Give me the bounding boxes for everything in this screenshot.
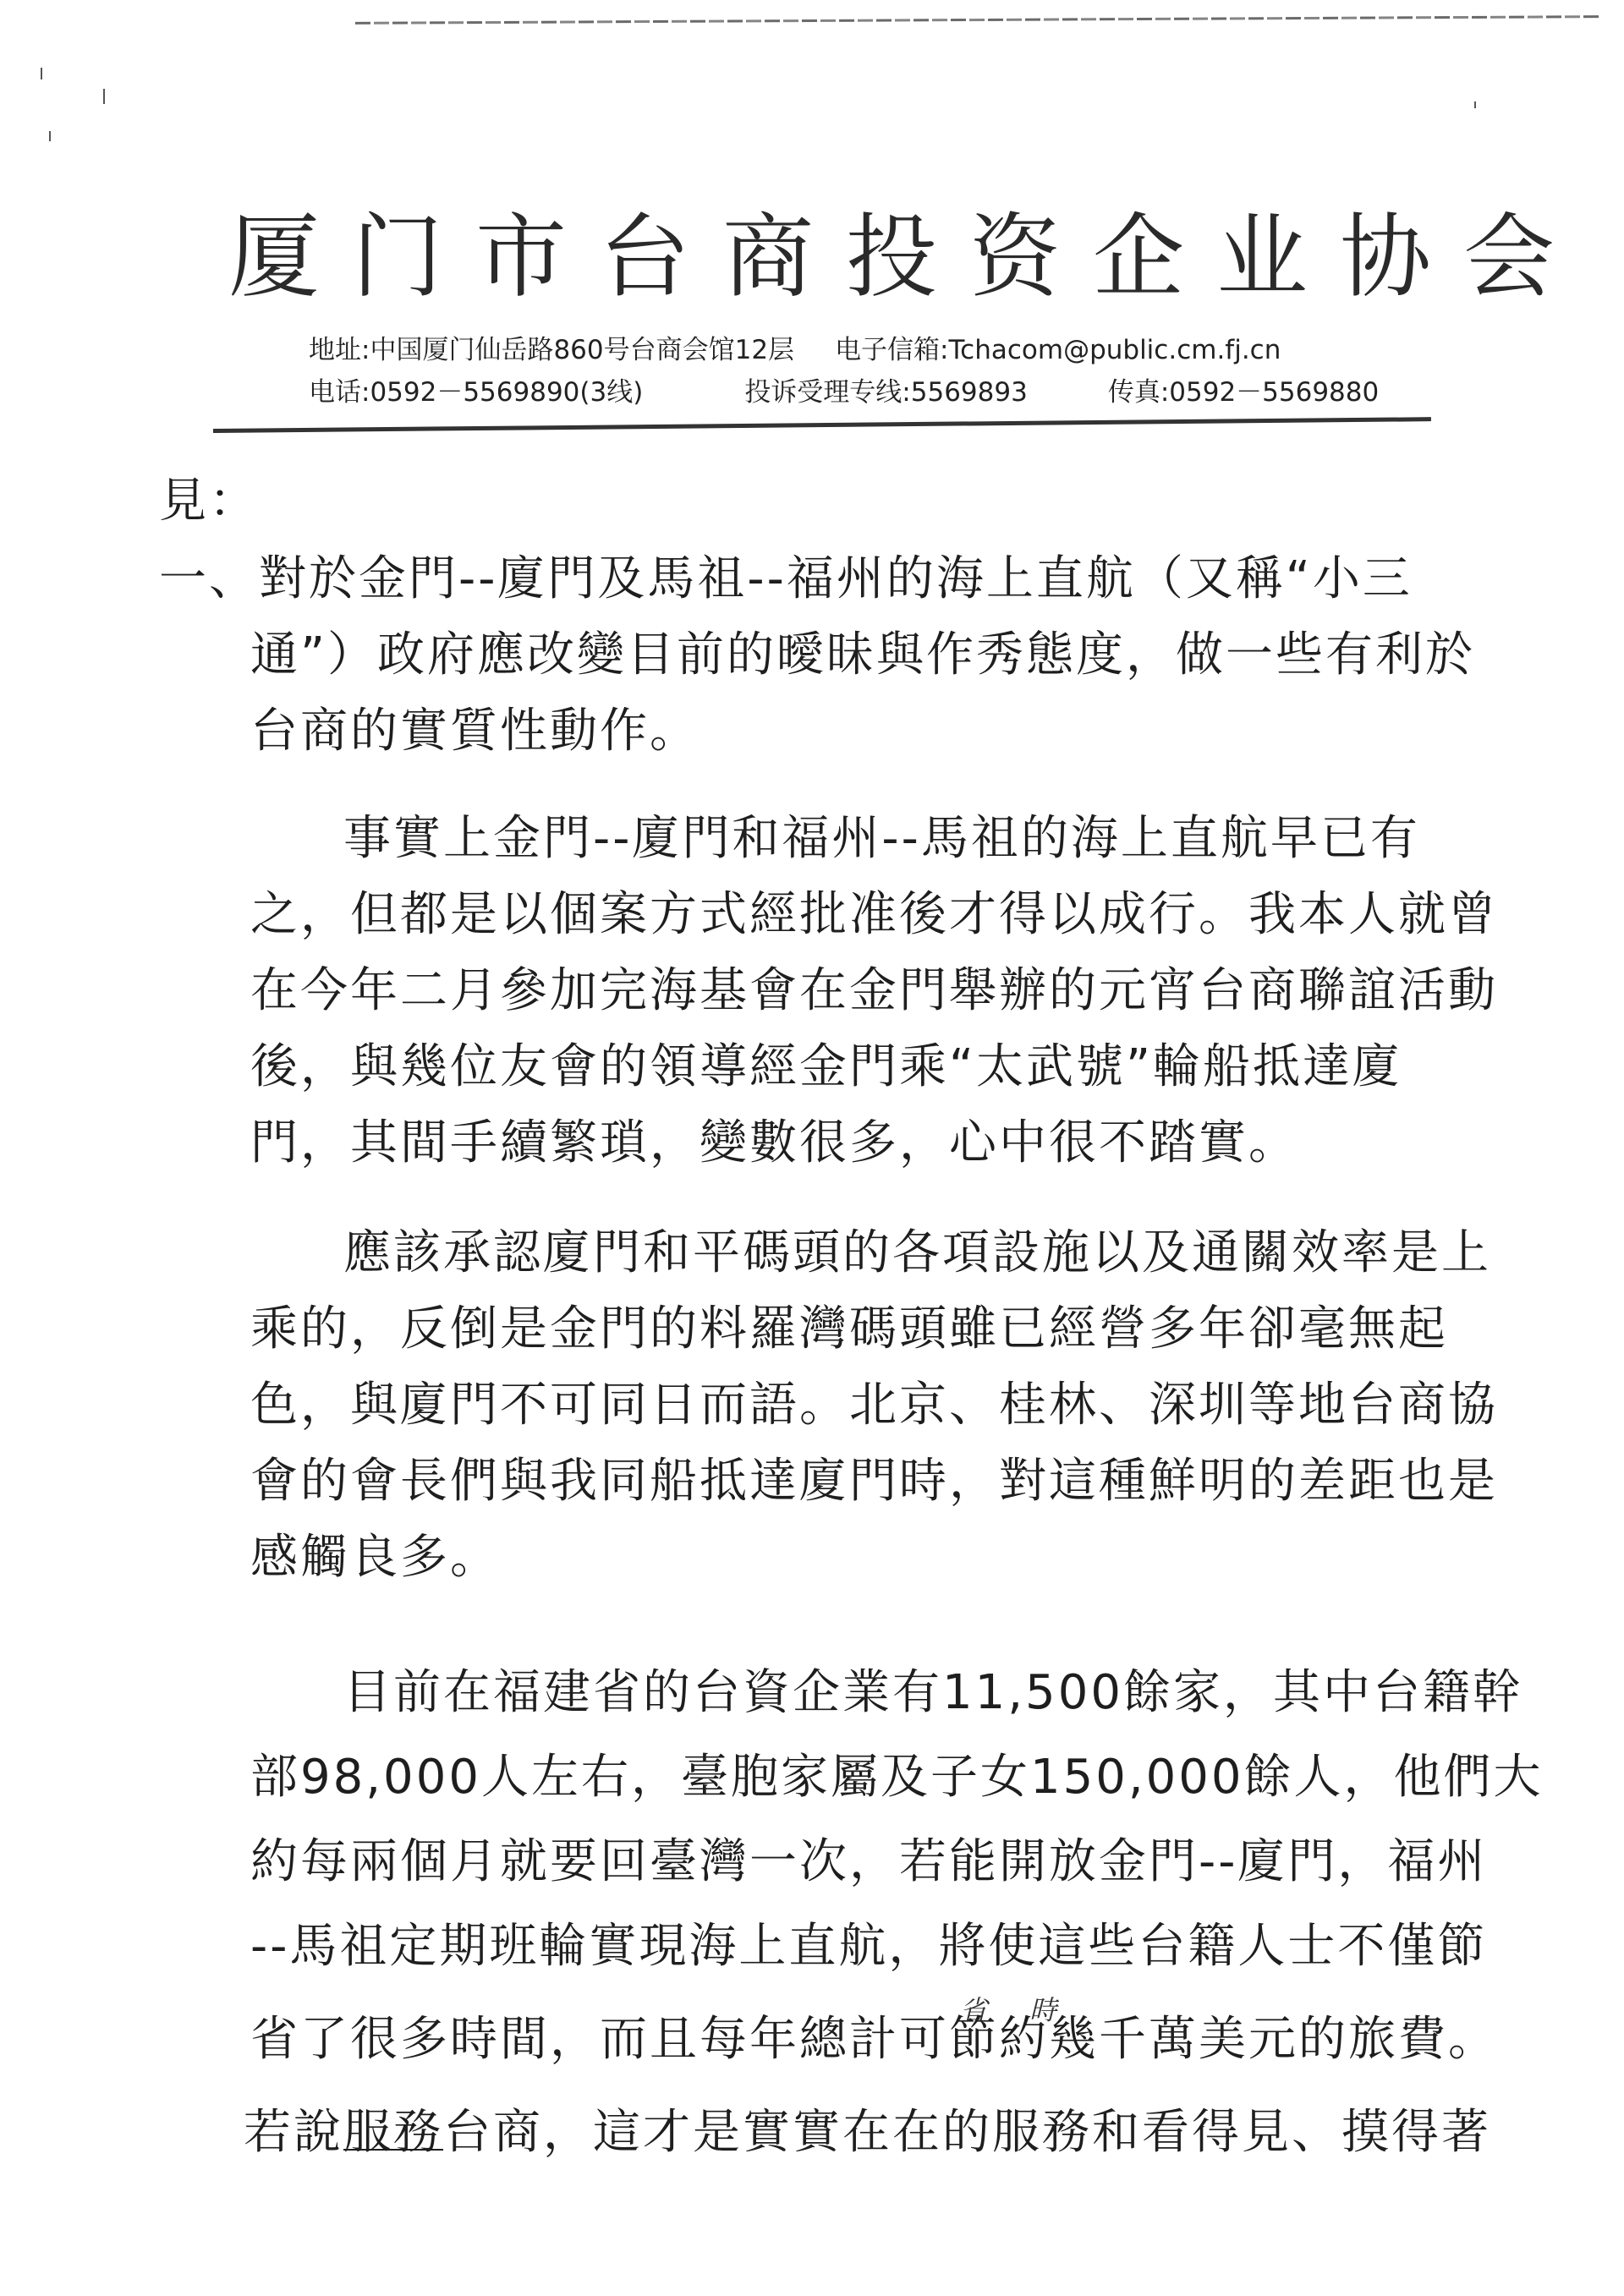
underlined-phrase: 服務: [343, 2105, 443, 2160]
paragraph-1-line-4: 後，與幾位友會的領導經金門乘“太武號”輪船抵達廈: [250, 1029, 1570, 1105]
section-one-line-2: 通”）政府應改變目前的曖昧與作秀態度，做一些有利於: [250, 617, 1570, 693]
paragraph-1-line-5: 門，其間手續繁瑣，變數很多，心中很不踏實。: [250, 1105, 1570, 1181]
paragraph-3-line-3: 約每兩個月就要回臺灣一次，若能開放金門--廈門，福州: [250, 1824, 1570, 1900]
section-one-line-3: 台商的實質性動作。: [250, 693, 1570, 770]
scan-speck: [103, 89, 105, 104]
scan-speck: [41, 68, 42, 79]
paragraph-3-line-2: 部98,000人左右，臺胞家屬及子女150,000餘人，他們大: [250, 1740, 1570, 1816]
letterhead-divider: [213, 417, 1431, 433]
paragraph-3-line-5: 省了很多時間，而且每年總計可節約幾千萬美元的旅費。: [250, 2002, 1570, 2078]
paragraph-1-line-3: 在今年二月參加完海基會在金門舉辦的元宵台商聯誼活動: [250, 953, 1570, 1029]
paragraph-3-line-1: 目前在福建省的台資企業有11,500餘家，其中台籍幹: [250, 1655, 1570, 1731]
letterhead-contact-line: 电话:0592－5569890(3线)投诉受理专线:5569893传真:0592…: [309, 370, 1379, 408]
heading-fragment: 見：: [159, 463, 1479, 540]
paragraph-1-line-2: 之，但都是以個案方式經批准後才得以成行。我本人就曾: [250, 877, 1570, 953]
section-one-line-1: 一、對於金門--廈門及馬祖--福州的海上直航（又稱“小三: [159, 541, 1479, 617]
letterhead-address: 地址:中国厦门仙岳路860号台商会馆12层: [309, 335, 794, 365]
closing-line: 若說服務台商，這才是實實在在的服務和看得見、摸得著: [244, 2095, 1563, 2171]
letterhead-phone: 电话:0592－5569890(3线): [309, 370, 643, 408]
scan-speck: [1474, 101, 1476, 108]
scan-top-edge-line: [355, 15, 1599, 25]
paragraph-2-line-4: 會的會長們與我同船抵達廈門時，對這種鮮明的差距也是: [250, 1444, 1570, 1520]
scan-speck: [49, 131, 51, 141]
letterhead-complaint-line: 投诉受理专线:5569893: [744, 370, 1028, 408]
paragraph-2-line-2: 乘的，反倒是金門的料羅灣碼頭雖已經營多年卻毫無起: [250, 1291, 1570, 1367]
paragraph-2-line-3: 色，與廈門不可同日而語。北京、桂林、深圳等地台商協: [250, 1367, 1570, 1444]
paragraph-1-line-1: 事實上金門--廈門和福州--馬祖的海上直航早已有: [250, 801, 1570, 877]
letterhead-organization-name: 厦门市台商投资企业协会: [228, 203, 1429, 313]
paragraph-3-line-4: --馬祖定期班輪實現海上直航，將使這些台籍人士不僅節: [250, 1909, 1570, 1985]
section-number: 一、: [159, 551, 259, 606]
letterhead-fax: 传真:0592－5569880: [1108, 370, 1379, 408]
letterhead-email: 电子信箱:Tchacom@public.cm.fj.cn: [835, 335, 1281, 365]
paragraph-2-line-1: 應該承認廈門和平碼頭的各項設施以及通關效率是上: [250, 1215, 1570, 1291]
paragraph-2-line-5: 感觸良多。: [250, 1520, 1570, 1596]
letterhead-address-line: 地址:中国厦门仙岳路860号台商会馆12层电子信箱:Tchacom@public…: [309, 328, 1281, 366]
